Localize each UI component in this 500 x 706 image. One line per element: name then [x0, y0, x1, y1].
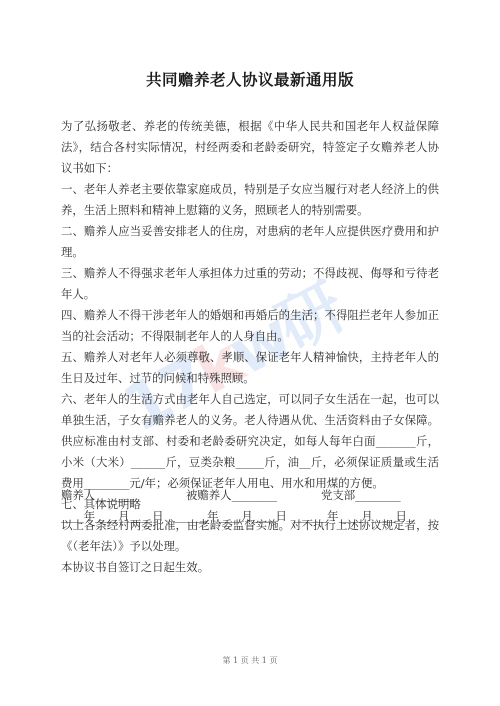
paragraph-clause-1: 一、老年人养老主要依靠家庭成员，特别是子女应当履行对老人经济上的供养，生活上照料… [61, 179, 439, 221]
date-supporter: ____年____月____日 [61, 508, 164, 524]
date-supported: ______年____月____日 [173, 508, 287, 524]
paragraph-clause-2: 二、赡养人应当妥善安排老人的住房，对患病的老年人应提供医疗费用和护理。 [61, 221, 439, 263]
date-party-branch: ______年____月____日 [293, 508, 407, 524]
paragraph-clause-4: 四、赡养人不得干涉老年人的婚姻和再婚后的生活；不得阻拦老年人参加正当的社会活动；… [61, 305, 439, 347]
document-title: 共同赡养老人协议最新通用版 [0, 68, 500, 90]
paragraph-intro: 为了弘扬敬老、养老的传统美德，根据《中华人民共和国老年人权益保障法》，结合各村实… [61, 116, 439, 179]
document-page: 17kw研 共同赡养老人协议最新通用版 为了弘扬敬老、养老的传统美德，根据《中华… [0, 0, 500, 706]
paragraph-clause-6: 六、老年人的生活方式由老年人自己选定，可以同子女生活在一起，也可以单独生活，子女… [61, 389, 439, 494]
date-row: ____年____月____日 ______年____月____日 ______… [61, 508, 441, 526]
paragraph-clause-3: 三、赡养人不得强求老年人承担体力过重的劳动；不得歧视、侮辱和亏待老年人。 [61, 263, 439, 305]
paragraph-effective: 本协议书自签订之日起生效。 [61, 557, 439, 578]
signature-party-branch: 党支部________ [321, 487, 401, 503]
page-footer: 第 1 页 共 1 页 [0, 655, 500, 666]
signature-supporter: 赡养人________ [61, 487, 141, 503]
signature-supported: 被赡养人________ [186, 487, 277, 503]
paragraph-clause-5: 五、赡养人对老年人必须尊敬、孝顺、保证老年人精神愉快，主持老年人的生日及过年、过… [61, 347, 439, 389]
signature-row: 赡养人________ 被赡养人________ 党支部________ [61, 487, 441, 505]
